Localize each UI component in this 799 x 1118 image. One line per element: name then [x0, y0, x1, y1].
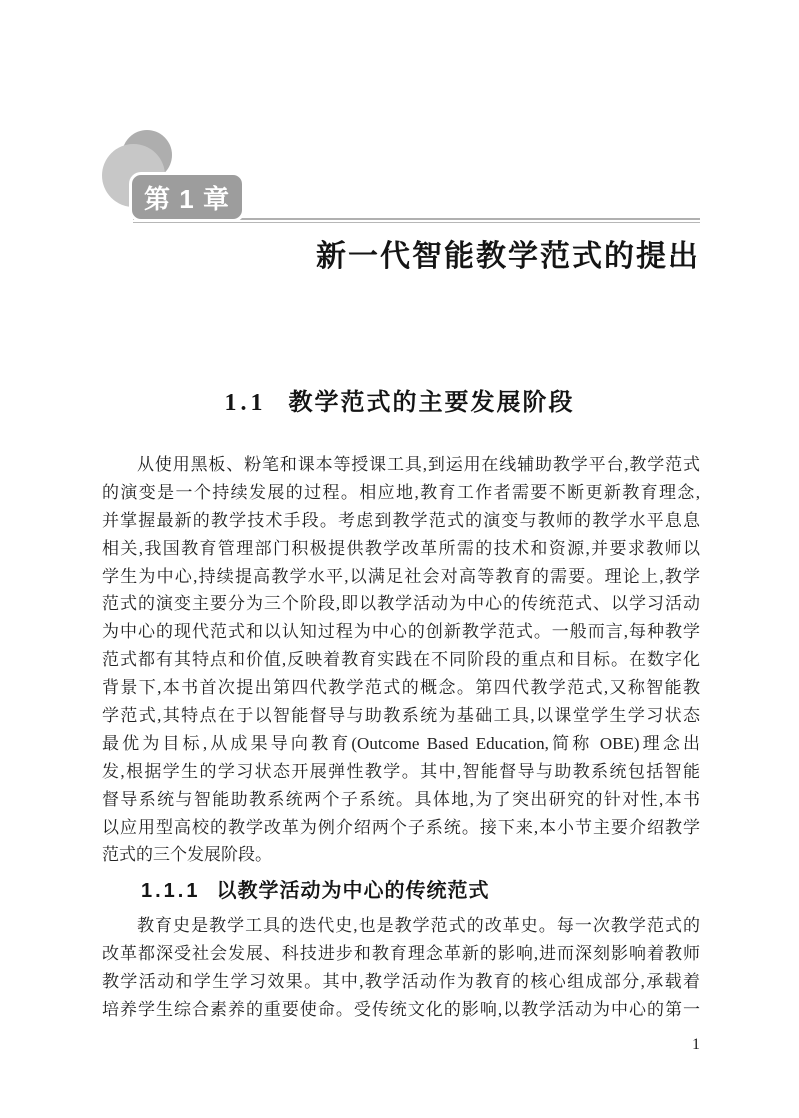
- text-line: 培养学生综合素养的重要使命。受传统文化的影响,以教学活动为中心的第一: [102, 996, 700, 1024]
- book-page: 第 1 章 新一代智能教学范式的提出 1.1教学范式的主要发展阶段 从使用黑板、…: [0, 0, 799, 1118]
- text-line: 为中心的现代范式和以认知过程为中心的创新教学范式。一般而言,每种教学: [102, 618, 700, 646]
- section-heading: 1.1教学范式的主要发展阶段: [0, 382, 799, 417]
- page-number: 1: [600, 1036, 700, 1054]
- text-line: 范式的演变主要分为三个阶段,即以教学活动为中心的传统范式、以学习活动: [102, 590, 700, 618]
- text-line: 教学活动和学生学习效果。其中,教学活动作为教育的核心组成部分,承载着: [102, 968, 700, 996]
- paragraph-2: 教育史是教学工具的迭代史,也是教学范式的改革史。每一次教学范式的 改革都深受社会…: [102, 912, 700, 1024]
- text-line: 范式的三个发展阶段。: [102, 841, 700, 869]
- text-line: 发,根据学生的学习状态开展弹性教学。其中,智能督导与助教系统包括智能: [102, 758, 700, 786]
- subsection-number: 1.1.1: [141, 880, 200, 902]
- chapter-title: 新一代智能教学范式的提出: [300, 231, 700, 275]
- chapter-badge: 第 1 章: [129, 172, 245, 222]
- text-line: 改革都深受社会发展、科技进步和教育理念革新的影响,进而深刻影响着教师: [102, 940, 700, 968]
- text-line: 相关,我国教育管理部门积极提供教学改革所需的技术和资源,并要求教师以: [102, 535, 700, 563]
- text-line: 以应用型高校的教学改革为例介绍两个子系统。接下来,本小节主要介绍教学: [102, 814, 700, 842]
- text-line: 从使用黑板、粉笔和课本等授课工具,到运用在线辅助教学平台,教学范式: [102, 451, 700, 479]
- section-title: 教学范式的主要发展阶段: [289, 390, 575, 416]
- text-line: 的演变是一个持续发展的过程。相应地,教育工作者需要不断更新教育理念,: [102, 479, 700, 507]
- text-line: 教育史是教学工具的迭代史,也是教学范式的改革史。每一次教学范式的: [102, 912, 700, 940]
- paragraph-1: 从使用黑板、粉笔和课本等授课工具,到运用在线辅助教学平台,教学范式 的演变是一个…: [102, 451, 700, 869]
- chapter-badge-label: 第 1 章: [144, 179, 230, 216]
- subsection-heading: 1.1.1以教学活动为中心的传统范式: [141, 874, 489, 903]
- text-line: 督导系统与智能助教系统两个子系统。具体地,为了突出研究的针对性,本书: [102, 786, 700, 814]
- section-number: 1.1: [225, 390, 267, 416]
- text-line: 最优为目标,从成果导向教育(Outcome Based Education,简称…: [102, 730, 700, 758]
- subsection-title: 以教学活动为中心的传统范式: [216, 880, 489, 902]
- text-line: 学范式,其特点在于以智能督导与助教系统为基础工具,以课堂学生学习状态: [102, 702, 700, 730]
- text-line: 学生为中心,持续提高教学水平,以满足社会对高等教育的需要。理论上,教学: [102, 563, 700, 591]
- text-line: 背景下,本书首次提出第四代教学范式的概念。第四代教学范式,又称智能教: [102, 674, 700, 702]
- text-line: 并掌握最新的教学技术手段。考虑到教学范式的演变与教师的教学水平息息: [102, 507, 700, 535]
- text-line: 范式都有其特点和价值,反映着教育实践在不同阶段的重点和目标。在数字化: [102, 646, 700, 674]
